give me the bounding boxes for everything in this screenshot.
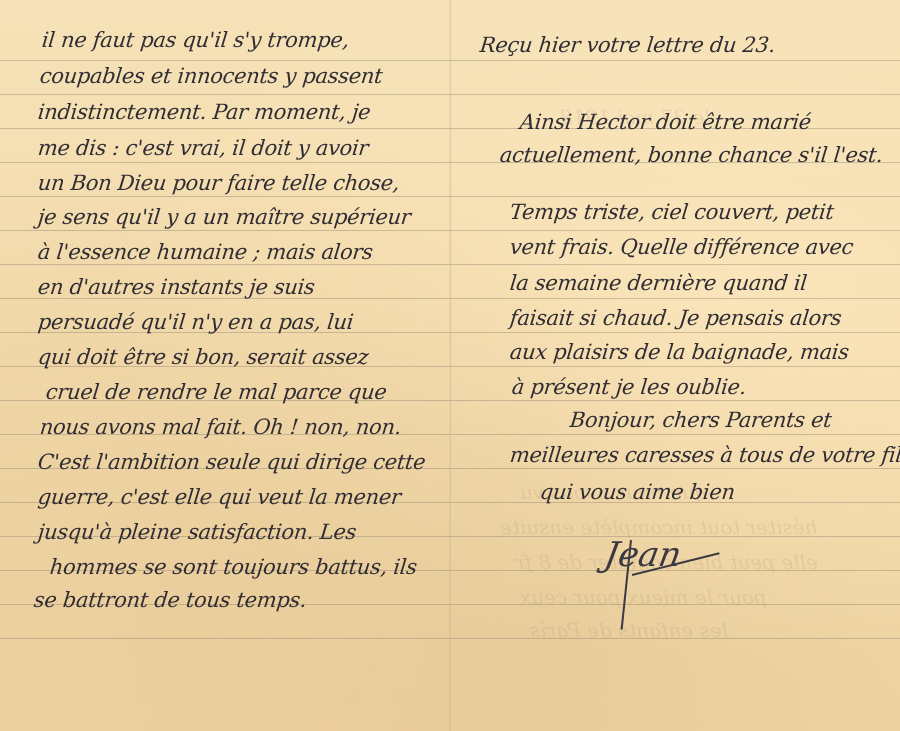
left-line-9: persuadé qu'il n'y en a pas, lui [37,310,355,334]
right-line-7: faisait si chaud. Je pensais alors [509,306,843,330]
right-line-9: à présent je les oublie. [511,375,748,399]
left-line-7: à l'essence humaine ; mais alors [37,240,374,264]
right-line-8: aux plaisirs de la baignade, mais [509,340,850,364]
left-line-6: je sens qu'il y a un maître supérieur [37,205,412,229]
left-line-4: me dis : c'est vrai, il doit y avoir [37,136,370,160]
left-line-12: nous avons mal fait. Oh ! non, non. [39,415,403,439]
page-fold [449,0,452,731]
right-line-10: Bonjour, chers Parents et [569,408,833,432]
right-line-1: Reçu hier votre lettre du 23. [479,33,777,57]
right-line-11: meilleures caresses à tous de votre fils [509,443,900,467]
left-line-3: indistinctement. Par moment, je [37,100,372,124]
left-line-13: C'est l'ambition seule qui dirige cette [37,450,427,474]
bleed-through-text: pour le mieux pour ceux [520,585,767,609]
right-line-5: vent frais. Quelle différence avec [509,235,855,259]
letter-sheet: le 27 mai 1918 que nous avons vu hésiter… [0,0,900,731]
left-line-5: un Bon Dieu pour faire telle chose, [37,171,401,195]
right-line-12: qui vous aime bien [539,480,736,504]
right-line-4: Temps triste, ciel couvert, petit [509,200,835,224]
left-line-15: jusqu'à pleine satisfaction. Les [37,520,358,544]
left-line-17: se battront de tous temps. [33,588,308,612]
left-line-10: qui doit être si bon, serait assez [37,345,370,369]
right-line-6: la semaine dernière quand il [509,271,808,295]
left-line-8: en d'autres instants je suis [37,275,316,299]
right-line-3: actuellement, bonne chance s'il l'est. [499,143,884,167]
right-line-2: Ainsi Hector doit être marié [519,110,813,134]
bleed-through-text: les enfants de Paris [530,618,728,642]
left-line-14: guerre, c'est elle qui veut la mener [37,485,402,509]
left-line-11: cruel de rendre le mal parce que [45,380,388,404]
left-line-16: hommes se sont toujours battus, ils [49,555,418,579]
signature: Jean [601,535,684,575]
left-line-2: coupables et innocents y passent [39,64,384,88]
left-line-1: il ne faut pas qu'il s'y trompe, [41,28,351,52]
